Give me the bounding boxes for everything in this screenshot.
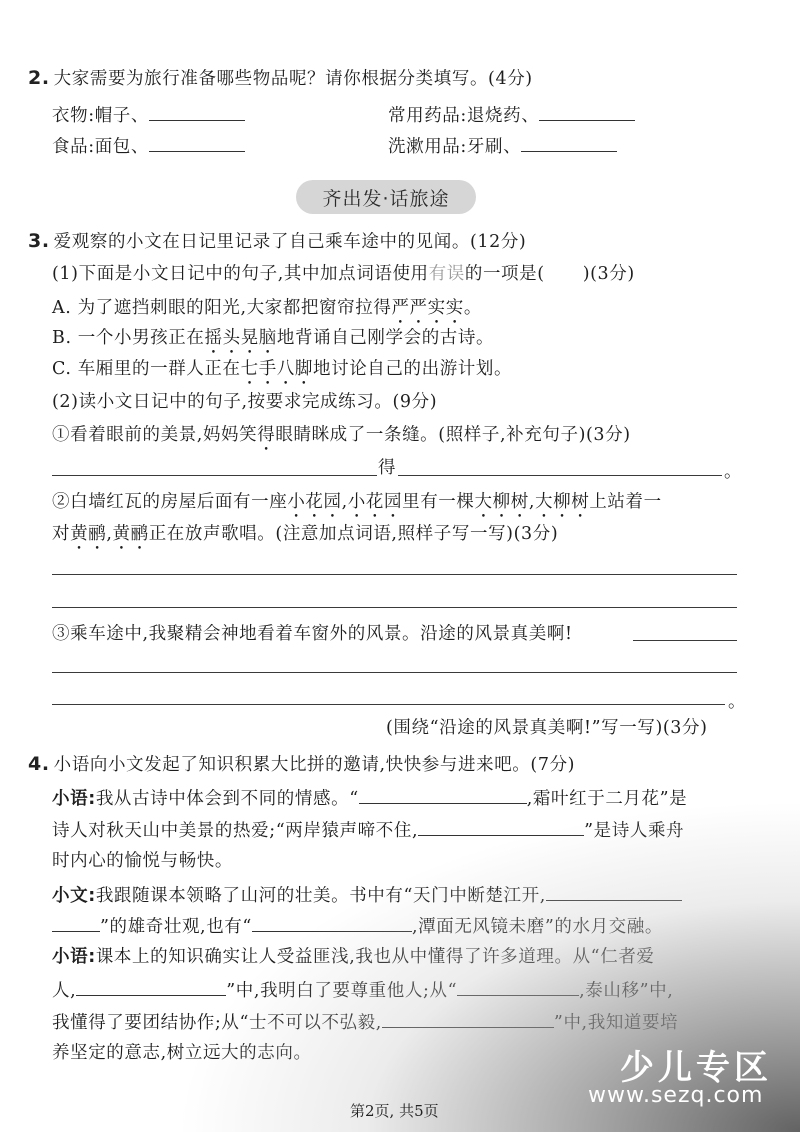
q4-prompt: 4.小语向小文发起了知识积累大比拼的邀请,快快参与进来吧。(7分) [28,752,575,777]
dialog-text: 我跟随课本领略了山河的壮美。书中有“天门中断楚江开, [96,886,546,906]
item-label: 洗漱用品:牙刷、 [388,137,521,157]
dialog-text: 诗人对秋天山中美景的热爱;“两岸猿声啼不住, [52,821,418,841]
item-label: 食品:面包、 [52,137,149,157]
dotted-word: 黄鹂 [70,524,106,544]
dotted-word: 得 [257,425,275,445]
dialog-text: 课本上的知识确实让人受益匪浅,我也从中懂得了许多道理。从“仁者爱 [96,947,655,967]
fill-blank[interactable] [418,817,584,836]
q3-part2-prompt: (2)读小文日记中的句子,按要求完成练习。(9分) [52,390,437,414]
watermark-title: 少儿专区 [620,1040,772,1089]
fill-middle-char: 得 [378,456,396,480]
dotted-word: 大柳树 [535,492,589,512]
worksheet-page: 2.大家需要为旅行准备哪些物品呢？请你根据分类填写。(4分) 衣物:帽子、 常用… [0,0,800,1132]
q2-item-food: 食品:面包、 [52,133,245,159]
page-footer: 第2页, 共5页 [350,1100,439,1121]
fill-blank[interactable] [76,977,226,996]
option-text: 地背诵自己刚学会的古诗。 [277,328,494,348]
fill-blank[interactable] [457,977,579,996]
dotted-word: 摇头晃脑 [205,328,277,348]
q4-number: 4. [28,753,50,775]
answer-line[interactable] [398,475,722,476]
dialog-text: ”的雄奇壮观,也有“ [100,917,252,937]
speaker-label: 小语: [52,947,96,967]
fill-blank[interactable] [52,913,100,932]
q3-item3-note: (围绕“沿途的风景真美啊!”写一写)(3分) [386,716,708,740]
q3-option-c: C. 车厢里的一群人正在七手八脚地讨论自己的出游计划。 [52,357,512,389]
q2-number: 2. [28,67,50,89]
dialog-text: ,泰山移”中, [579,981,673,1001]
answer-line[interactable] [52,607,737,608]
q3-number: 3. [28,230,50,252]
q3-item2-line2: 对黄鹂,黄鹂正在放声歌唱。(注意加点词语,照样子写一写)(3分) [52,522,558,554]
q3-item2-line1: ②白墙红瓦的房屋后面有一座小花园,小花园里有一棵大柳树,大柳树上站着一 [52,490,662,522]
speaker-label: 小语: [52,789,96,809]
dialog-1-line3: 时内心的愉悦与畅快。 [52,849,233,873]
q3-option-a: A. 为了遮挡刺眼的阳光,大家都把窗帘拉得严严实实。 [52,296,482,328]
speaker-label: 小文: [52,886,96,906]
dialog-2-line2: ”的雄奇壮观,也有“,潭面无风镜未磨”的水月交融。 [52,913,663,939]
dialog-1-line2: 诗人对秋天山中美景的热爱;“两岸猿声啼不住,”是诗人乘舟 [52,817,684,843]
dialog-text: ”是诗人乘舟 [584,821,684,841]
dialog-text: ”中,我知道要培 [554,1013,678,1033]
fill-blank[interactable] [149,102,245,121]
answer-line[interactable] [52,704,725,705]
item-text: 正在放声歌唱。(注意加点词语,照样子写一写)(3分) [149,524,559,544]
q2-prompt: 2.大家需要为旅行准备哪些物品呢？请你根据分类填写。(4分) [28,66,533,91]
fill-blank[interactable] [546,882,682,901]
answer-line[interactable] [52,475,377,476]
fill-blank[interactable] [359,785,527,804]
item-text: 上站着一 [589,492,661,512]
q3-option-b: B. 一个小男孩正在摇头晃脑地背诵自己刚学会的古诗。 [52,326,494,358]
fill-blank[interactable] [149,133,245,152]
score-text: )(3分) [583,264,635,284]
dotted-word: 小花园 [287,492,341,512]
dotted-word: 小花园 [348,492,402,512]
q3-prompt-text: 爱观察的小文在日记里记录了自己乘车途中的见闻。(12分) [54,232,527,252]
answer-line[interactable] [633,640,737,641]
prompt-text: (1)下面是小文日记中的句子,其中加点词语使用 [52,264,429,284]
q3-prompt: 3.爱观察的小文在日记里记录了自己乘车途中的见闻。(12分) [28,229,526,254]
q4-prompt-text: 小语向小文发起了知识积累大比拼的邀请,快快参与进来吧。(7分) [54,755,575,775]
q3-part1-prompt: (1)下面是小文日记中的句子,其中加点词语使用有误的一项是()(3分) [52,262,635,286]
item-text: 里有一棵 [402,492,474,512]
dotted-word: 黄鹂 [112,524,148,544]
option-text: 。 [464,298,482,318]
section-title: 齐出发·话旅途 [296,180,476,214]
watermark-url: www.sezq.com [588,1083,763,1108]
prompt-text: 的一项是( [465,264,545,284]
q2-prompt-text: 大家需要为旅行准备哪些物品呢？请你根据分类填写。(4分) [54,69,533,89]
fill-blank[interactable] [521,133,617,152]
option-text: C. 车厢里的一群人正在 [52,359,241,379]
end-mark: 。 [728,690,746,714]
answer-line[interactable] [52,672,737,673]
item-label: 衣物:帽子、 [52,106,149,126]
item-text: 眼睛眯成了一条缝。(照样子,补充句子)(3分) [275,425,630,445]
fill-blank[interactable] [382,1009,554,1028]
q2-item-clothing: 衣物:帽子、 [52,102,245,128]
item-text: 对 [52,524,70,544]
dotted-word: 七手八脚 [241,359,313,379]
q2-item-medicine: 常用药品:退烧药、 [388,102,635,128]
option-text: A. 为了遮挡刺眼的阳光,大家都把窗帘拉得 [52,298,391,318]
dialog-3-line4: 养坚定的意志,树立远大的志向。 [52,1041,312,1065]
dialog-text: 人, [52,981,76,1001]
dialog-text: 我懂得了要团结协作;从“士不可以不弘毅, [52,1013,382,1033]
dialog-text: ,霜叶红于二月花”是 [527,789,688,809]
q2-item-toiletries: 洗漱用品:牙刷、 [388,133,617,159]
dialog-3-line1: 小语:课本上的知识确实让人受益匪浅,我也从中懂得了许多道理。从“仁者爱 [52,945,655,969]
dialog-3-line3: 我懂得了要团结协作;从“士不可以不弘毅,”中,我知道要培 [52,1009,678,1035]
q3-item1-prompt: ①看着眼前的美景,妈妈笑得眼睛眯成了一条缝。(照样子,补充句子)(3分) [52,423,631,455]
answer-line[interactable] [52,574,737,575]
dialog-text: ”中,我明白了要尊重他人;从“ [226,981,457,1001]
emphasis-text: 有误 [429,264,465,284]
dialog-2-line1: 小文:我跟随课本领略了山河的壮美。书中有“天门中断楚江开, [52,882,682,908]
q3-item3-prompt: ③乘车途中,我聚精会神地看着车窗外的风景。沿途的风景真美啊! [52,622,573,646]
dotted-word: 严严实实 [391,298,463,318]
dotted-word: 大柳树 [475,492,529,512]
fill-blank[interactable] [539,102,635,121]
dialog-text: ,潭面无风镜未磨”的水月交融。 [412,917,663,937]
option-text: 地讨论自己的出游计划。 [313,359,512,379]
fill-blank[interactable] [252,913,412,932]
item-text: ①看着眼前的美景,妈妈笑 [52,425,257,445]
option-text: B. 一个小男孩正在 [52,328,205,348]
item-text: ②白墙红瓦的房屋后面有一座 [52,492,287,512]
dialog-3-line2: 人,”中,我明白了要尊重他人;从“,泰山移”中, [52,977,673,1003]
item-label: 常用药品:退烧药、 [388,106,539,126]
dialog-1-line1: 小语:我从古诗中体会到不同的情感。“,霜叶红于二月花”是 [52,785,687,811]
fill-end-mark: 。 [724,460,742,484]
dialog-text: 我从古诗中体会到不同的情感。“ [96,789,359,809]
